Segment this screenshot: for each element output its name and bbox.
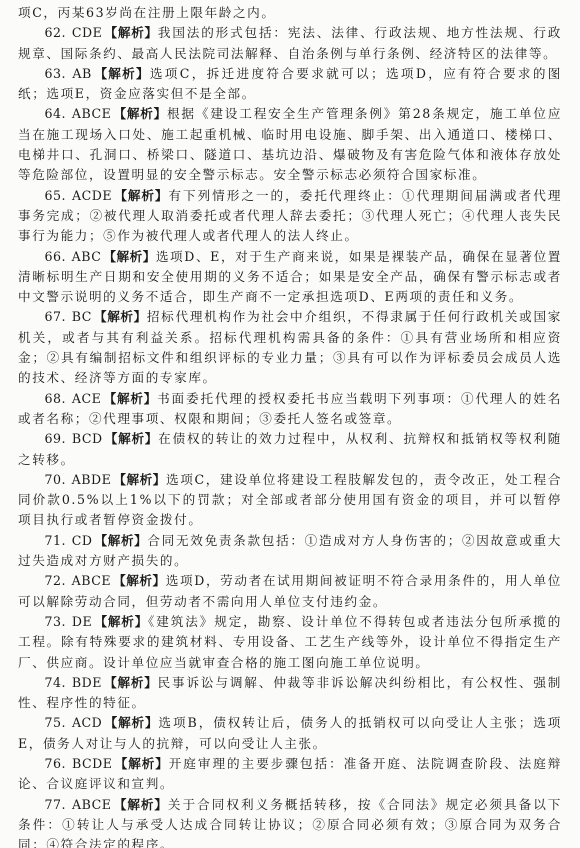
answer-key: BCD <box>72 431 103 446</box>
answer-entry-74: 74. BDE【解析】民事诉讼与调解、仲裁等非诉讼解决纠纷相比，有公权性、强制性… <box>18 673 562 714</box>
question-number: 75. <box>44 715 66 730</box>
analysis-tag: 【解析】 <box>114 756 168 771</box>
analysis-tag: 【解析】 <box>113 573 166 588</box>
analysis-tag: 【解析】 <box>113 797 167 812</box>
answer-key: ABCE <box>72 797 111 812</box>
analysis-tag: 【解析】 <box>105 431 159 446</box>
analysis-tag: 【解析】 <box>104 715 158 730</box>
answer-entry-69: 69. BCD【解析】在债权的转让的效力过程中，从权利、抗辩权和抵销权等权利随之… <box>18 429 562 470</box>
question-number: 70. <box>44 472 66 487</box>
answer-entry-65: 65. ACDE【解析】有下列情形之一的，委托代理终止：①代理期间届满或者代理事… <box>18 186 562 247</box>
answer-key: ABCE <box>72 106 111 121</box>
question-number: 76. <box>44 756 66 771</box>
document-page: 项C，丙某63岁尚在注册上限年龄之内。 62. CDE【解析】我国法的形式包括：… <box>0 0 580 848</box>
answer-entry-63: 63. AB【解析】选项C，拆迁进度符合要求就可以；选项D，应有符合要求的图纸；… <box>18 64 562 105</box>
analysis-tag: 【解析】 <box>104 25 158 40</box>
answer-entry-70: 70. ABDE【解析】选项C，建设单位将建设工程肢解发包的，责令改正，处工程合… <box>18 470 562 531</box>
answer-key: DE <box>72 614 92 629</box>
analysis-tag: 【解析】 <box>114 188 168 203</box>
question-number: 77. <box>44 797 66 812</box>
answer-entry-76: 76. BCDE【解析】开庭审理的主要步骤包括：准备开庭、法院调查阶段、法庭辩论… <box>18 754 562 795</box>
answer-key: BDE <box>72 675 102 690</box>
question-number: 71. <box>44 533 66 548</box>
continuation-paragraph: 项C，丙某63岁尚在注册上限年龄之内。 <box>18 3 562 23</box>
question-number: 62. <box>44 25 66 40</box>
answer-key: ACE <box>72 391 101 406</box>
analysis-tag: 【解析】 <box>104 675 158 690</box>
analysis-tag: 【解析】 <box>103 391 157 406</box>
question-number: 67. <box>44 309 66 324</box>
answer-key: CDE <box>72 25 102 40</box>
answer-key: ABDE <box>72 472 112 487</box>
question-number: 64. <box>44 106 66 121</box>
answer-key: CD <box>72 533 93 548</box>
analysis-tag: 【解析】 <box>94 66 150 81</box>
answer-key: ABC <box>72 249 102 264</box>
question-number: 73. <box>44 614 66 629</box>
continuation-text: 项C，丙某63岁尚在注册上限年龄之内。 <box>18 5 276 20</box>
question-number: 68. <box>44 391 66 406</box>
answer-entry-62: 62. CDE【解析】我国法的形式包括：宪法、法律、行政法规、地方性法规、行政规… <box>18 23 562 64</box>
answer-key: AB <box>72 66 91 81</box>
answer-key: ACD <box>72 715 102 730</box>
answer-entry-73: 73. DE【解析】《建筑法》规定，勘察、设计单位不得转包或者违法分包所承揽的工… <box>18 612 562 673</box>
answer-key: ACDE <box>72 188 112 203</box>
answer-entry-71: 71. CD【解析】合同无效免责条款包括：①造成对方人身伤害的；②因故意或重大过… <box>18 531 562 572</box>
analysis-tag: 【解析】 <box>94 614 148 629</box>
question-number: 65. <box>44 188 66 203</box>
question-number: 66. <box>44 249 66 264</box>
answer-entry-67: 67. BC【解析】招标代理机构作为社会中介组织，不得隶属于任何行政机关或国家机… <box>18 307 562 388</box>
answer-entry-68: 68. ACE【解析】书面委托代理的授权委托书应当载明下列事项：①代理人的姓名或… <box>18 389 562 430</box>
analysis-tag: 【解析】 <box>94 309 147 324</box>
answer-entry-72: 72. ABCE【解析】选项D，劳动者在试用期间被证明不符合录用条件的，用人单位… <box>18 571 562 612</box>
question-number: 72. <box>44 573 66 588</box>
answer-key: ABCE <box>72 573 111 588</box>
analysis-tag: 【解析】 <box>113 106 167 121</box>
answer-key: BC <box>72 309 92 324</box>
question-number: 69. <box>44 431 66 446</box>
analysis-tag: 【解析】 <box>113 472 166 487</box>
answer-key: BCDE <box>72 756 112 771</box>
question-number: 63. <box>44 66 66 81</box>
answer-entry-75: 75. ACD【解析】选项B，债权转让后，债务人的抵销权可以向受让人主张；选项E… <box>18 713 562 754</box>
analysis-tag: 【解析】 <box>94 533 147 548</box>
question-number: 74. <box>44 675 66 690</box>
answer-entry-64: 64. ABCE【解析】根据《建设工程安全生产管理条例》第28条规定，施工单位应… <box>18 104 562 185</box>
answer-entry-66: 66. ABC【解析】选项D、E，对于生产商来说，如果是裸装产品，确保在显著位置… <box>18 247 562 308</box>
answer-entry-77: 77. ABCE【解析】关于合同权利义务概括转移，按《合同法》规定必须具备以下条… <box>18 795 562 848</box>
analysis-tag: 【解析】 <box>103 249 155 264</box>
